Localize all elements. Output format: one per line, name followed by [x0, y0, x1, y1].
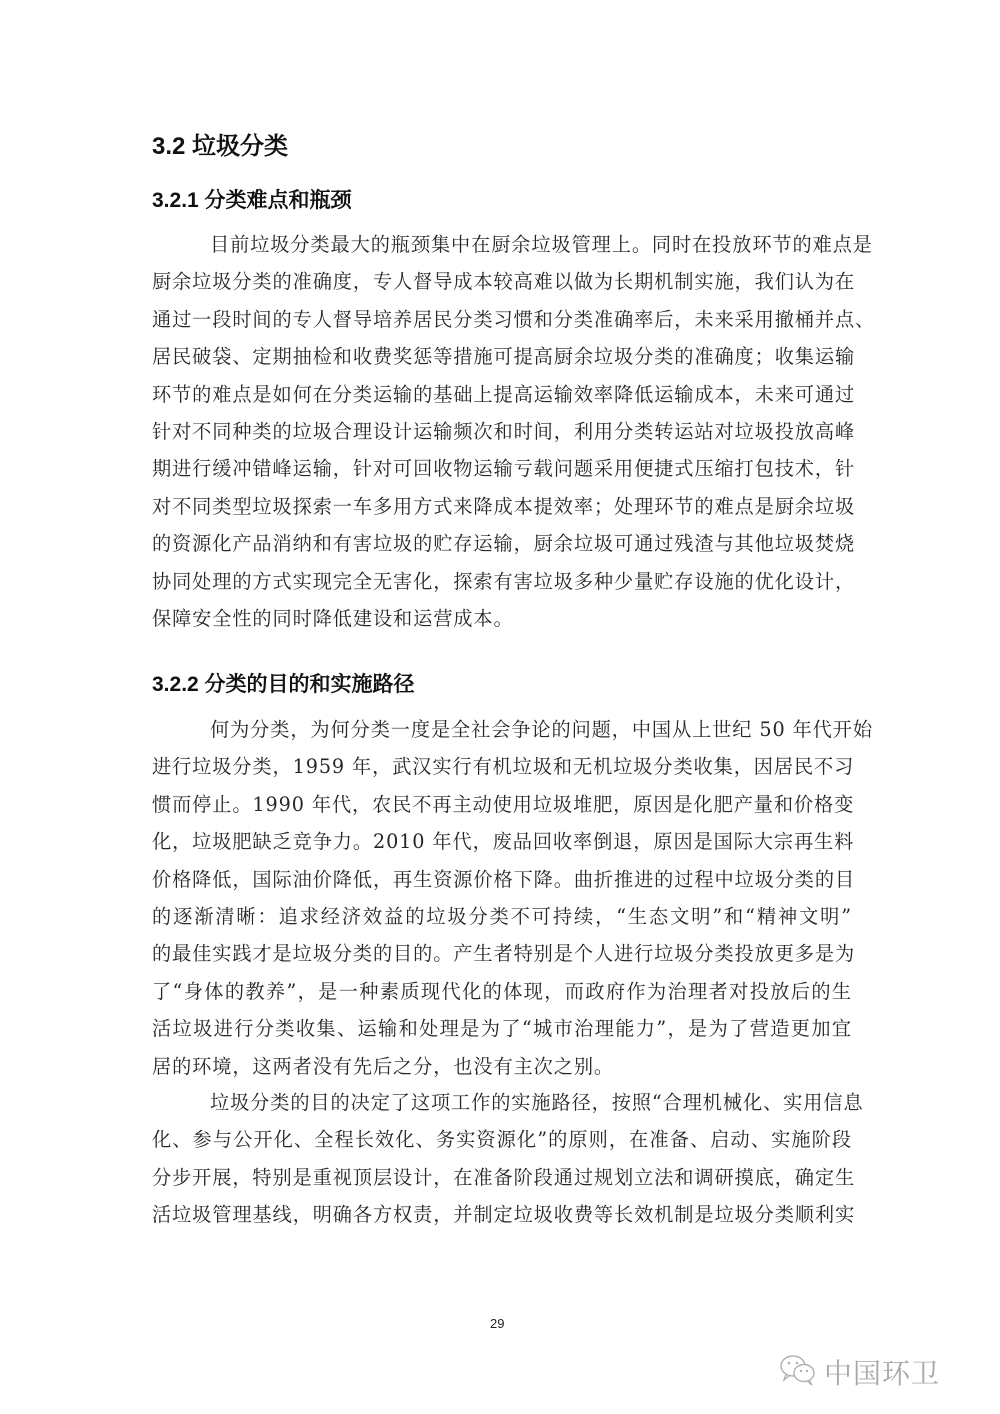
text-line: 针对不同种类的垃圾合理设计运输频次和时间，利用分类转运站对垃圾投放高峰 [152, 413, 852, 450]
text-line: 化，垃圾肥缺乏竞争力。2010 年代，废品回收率倒退，原因是国际大宗再生料 [152, 823, 852, 860]
text-line: 的逐渐清晰：追求经济效益的垃圾分类不可持续，“生态文明”和“精神文明” [152, 898, 852, 935]
subsection-title-3-2-2: 3.2.2 分类的目的和实施路径 [152, 670, 415, 700]
text-line: 目前垃圾分类最大的瓶颈集中在厨余垃圾管理上。同时在投放环节的难点是 [152, 226, 852, 263]
text-line: 的最佳实践才是垃圾分类的目的。产生者特别是个人进行垃圾分类投放更多是为 [152, 935, 852, 972]
text-line: 协同处理的方式实现完全无害化，探索有害垃圾多种少量贮存设施的优化设计， [152, 563, 852, 600]
text-line: 活垃圾进行分类收集、运输和处理是为了“城市治理能力”，是为了营造更加宜 [152, 1010, 852, 1047]
paragraph-3-2-2-a: 何为分类，为何分类一度是全社会争论的问题，中国从上世纪 50 年代开始 进行垃圾… [152, 711, 852, 1085]
watermark: 中国环卫 [778, 1352, 940, 1392]
text-line: 的资源化产品消纳和有害垃圾的贮存运输，厨余垃圾可通过残渣与其他垃圾焚烧 [152, 525, 852, 562]
text-line: 居的环境，这两者没有先后之分，也没有主次之别。 [152, 1048, 852, 1085]
text-line: 化、参与公开化、全程长效化、务实资源化”的原则，在准备、启动、实施阶段 [152, 1121, 852, 1158]
text-line: 活垃圾管理基线，明确各方权责，并制定垃圾收费等长效机制是垃圾分类顺利实 [152, 1196, 852, 1233]
text-line: 进行垃圾分类，1959 年，武汉实行有机垃圾和无机垃圾分类收集，因居民不习 [152, 748, 852, 785]
text-line: 惯而停止。1990 年代，农民不再主动使用垃圾堆肥，原因是化肥产量和价格变 [152, 786, 852, 823]
text-line: 垃圾分类的目的决定了这项工作的实施路径，按照“合理机械化、实用信息 [152, 1084, 852, 1121]
wechat-icon [778, 1353, 818, 1391]
text-line: 何为分类，为何分类一度是全社会争论的问题，中国从上世纪 50 年代开始 [152, 711, 852, 748]
text-line: 了“身体的教养”，是一种素质现代化的体现，而政府作为治理者对投放后的生 [152, 973, 852, 1010]
text-line: 价格降低，国际油价降低，再生资源价格下降。曲折推进的过程中垃圾分类的目 [152, 861, 852, 898]
paragraph-3-2-1: 目前垃圾分类最大的瓶颈集中在厨余垃圾管理上。同时在投放环节的难点是 厨余垃圾分类… [152, 226, 852, 637]
watermark-text: 中国环卫 [824, 1352, 940, 1392]
page-number: 29 [490, 1316, 504, 1331]
text-line: 环节的难点是如何在分类运输的基础上提高运输效率降低运输成本，未来可通过 [152, 376, 852, 413]
paragraph-3-2-2-b: 垃圾分类的目的决定了这项工作的实施路径，按照“合理机械化、实用信息 化、参与公开… [152, 1084, 852, 1234]
section-title: 3.2 垃圾分类 [152, 131, 288, 163]
text-line: 通过一段时间的专人督导培养居民分类习惯和分类准确率后，未来采用撤桶并点、 [152, 301, 852, 338]
text-line: 保障安全性的同时降低建设和运营成本。 [152, 600, 852, 637]
document-page: 3.2 垃圾分类 3.2.1 分类难点和瓶颈 目前垃圾分类最大的瓶颈集中在厨余垃… [0, 0, 1000, 1414]
text-line: 厨余垃圾分类的准确度，专人督导成本较高难以做为长期机制实施，我们认为在 [152, 263, 852, 300]
text-line: 期进行缓冲错峰运输，针对可回收物运输亏载问题采用便捷式压缩打包技术，针 [152, 450, 852, 487]
text-line: 对不同类型垃圾探索一车多用方式来降成本提效率；处理环节的难点是厨余垃圾 [152, 488, 852, 525]
subsection-title-3-2-1: 3.2.1 分类难点和瓶颈 [152, 186, 352, 216]
text-line: 居民破袋、定期抽检和收费奖惩等措施可提高厨余垃圾分类的准确度；收集运输 [152, 338, 852, 375]
text-line: 分步开展，特别是重视顶层设计，在准备阶段通过规划立法和调研摸底，确定生 [152, 1159, 852, 1196]
